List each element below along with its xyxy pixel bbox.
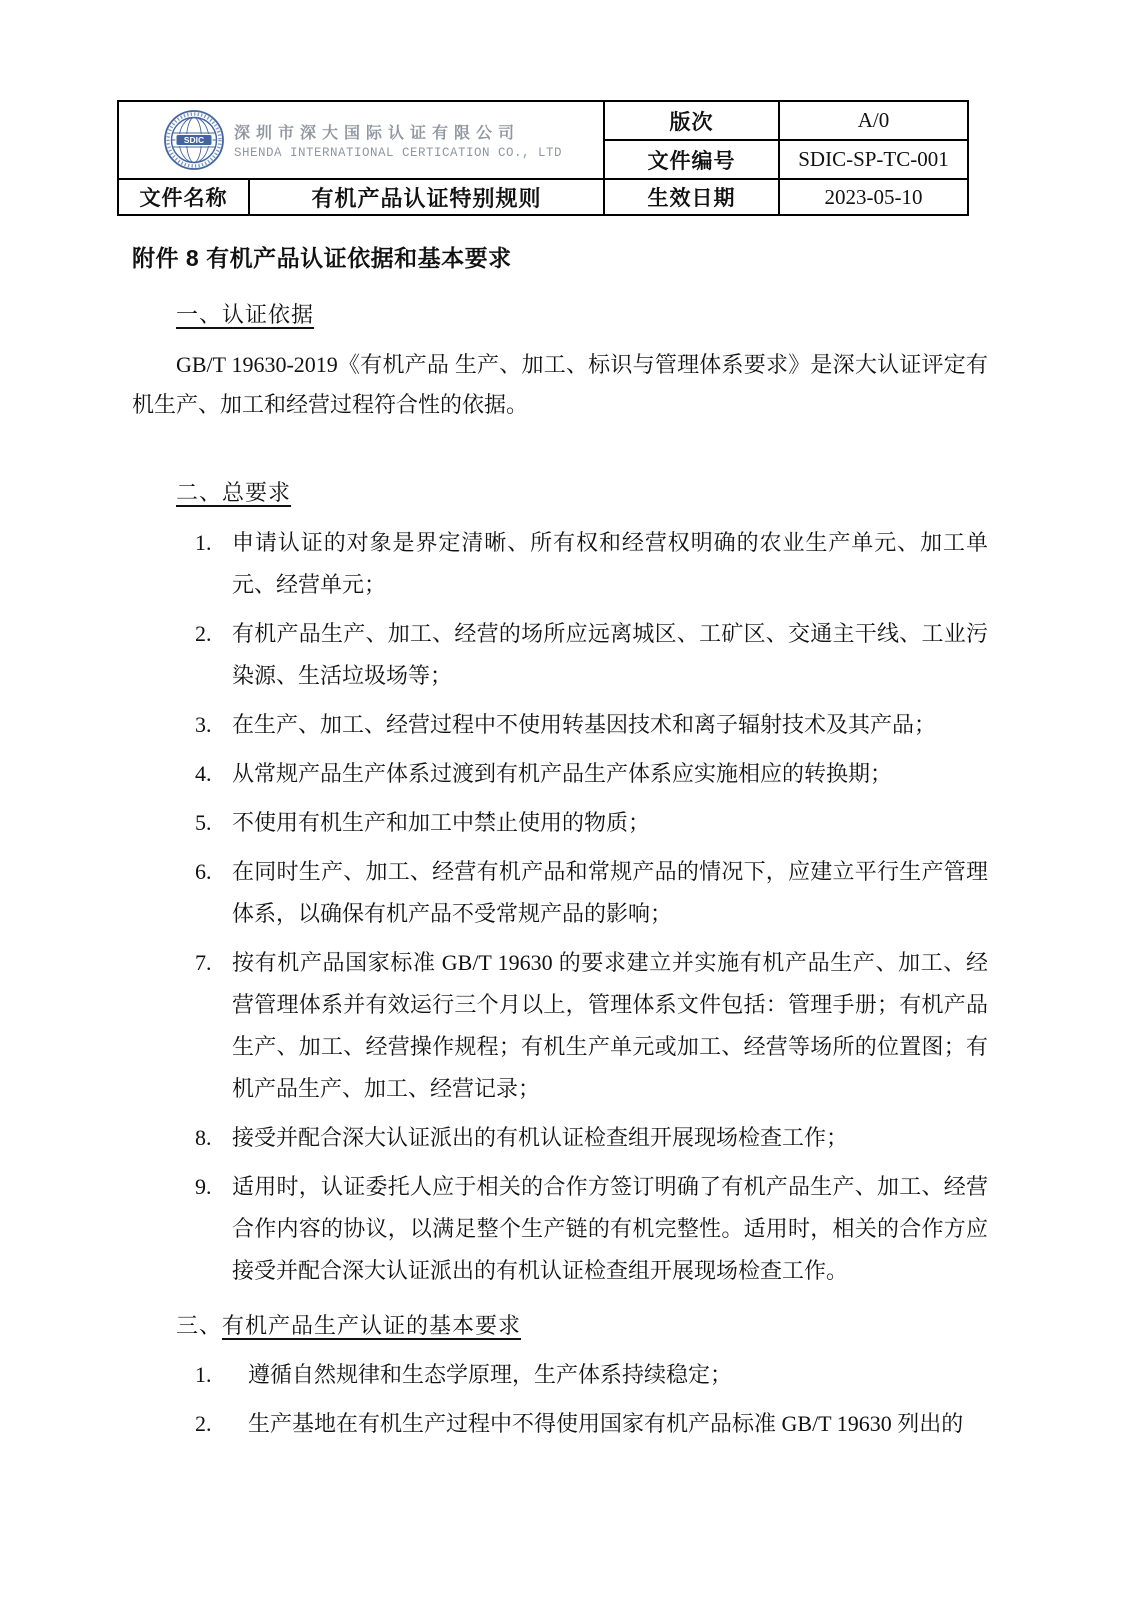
- section-heading: 一、认证依据: [176, 299, 988, 331]
- section-heading: 三、有机产品生产认证的基本要求: [176, 1310, 988, 1342]
- attachment-title: 附件 8 有机产品认证依据和基本要求: [132, 243, 988, 273]
- section-number: 二、: [176, 480, 222, 505]
- item-text: 按有机产品国家标准 GB/T 19630 的要求建立并实施有机产品生产、加工、经…: [232, 950, 988, 1101]
- company-logo-icon: SDIC: [163, 109, 225, 171]
- section-number: 三、: [176, 1313, 222, 1338]
- item-number: 6.: [195, 851, 212, 893]
- doc-name-label: 文件名称: [118, 179, 249, 215]
- section-certification-basis: 一、认证依据 GB/T 19630-2019《有机产品 生产、加工、标识与管理体…: [132, 299, 988, 425]
- item-number: 8.: [195, 1117, 212, 1159]
- item-text: 遵循自然规律和生态学原理，生产体系持续稳定；: [248, 1362, 732, 1387]
- item-text: 接受并配合深大认证派出的有机认证检查组开展现场检查工作；: [232, 1125, 848, 1150]
- document-page: SDIC 深圳市深大国际认证有限公司 SHENDA INTERNATIONAL …: [0, 0, 1131, 1600]
- section-title: 总要求: [222, 480, 291, 505]
- doc-number-label: 文件编号: [604, 140, 779, 179]
- company-name-cn: 深圳市深大国际认证有限公司: [234, 120, 562, 143]
- version-label: 版次: [604, 101, 779, 140]
- list-item: 4. 从常规产品生产体系过渡到有机产品生产体系应实施相应的转换期；: [132, 753, 988, 795]
- item-text: 不使用有机生产和加工中禁止使用的物质；: [232, 810, 650, 835]
- list-item: 8. 接受并配合深大认证派出的有机认证检查组开展现场检查工作；: [132, 1117, 988, 1159]
- item-text: 在生产、加工、经营过程中不使用转基因技术和离子辐射技术及其产品；: [232, 712, 936, 737]
- document-header-table: SDIC 深圳市深大国际认证有限公司 SHENDA INTERNATIONAL …: [117, 100, 969, 216]
- company-logo-cell: SDIC 深圳市深大国际认证有限公司 SHENDA INTERNATIONAL …: [118, 101, 604, 179]
- item-number: 2.: [195, 613, 212, 655]
- item-number: 9.: [195, 1166, 212, 1208]
- list-item: 1. 遵循自然规律和生态学原理，生产体系持续稳定；: [132, 1354, 988, 1396]
- document-body: 附件 8 有机产品认证依据和基本要求 一、认证依据 GB/T 19630-201…: [132, 243, 988, 1452]
- list-item: 1. 申请认证的对象是界定清晰、所有权和经营权明确的农业生产单元、加工单元、经营…: [132, 522, 988, 606]
- list-item: 6. 在同时生产、加工、经营有机产品和常规产品的情况下，应建立平行生产管理体系，…: [132, 851, 988, 935]
- item-number: 4.: [195, 753, 212, 795]
- list-item: 7. 按有机产品国家标准 GB/T 19630 的要求建立并实施有机产品生产、加…: [132, 942, 988, 1110]
- list-item: 5. 不使用有机生产和加工中禁止使用的物质；: [132, 802, 988, 844]
- section-title: 认证依据: [222, 302, 314, 327]
- item-number: 1.: [195, 1354, 212, 1396]
- item-text: 有机产品生产、加工、经营的场所应远离城区、工矿区、交通主干线、工业污染源、生活垃…: [232, 621, 988, 688]
- doc-name-value: 有机产品认证特别规则: [249, 179, 604, 215]
- effective-date-label: 生效日期: [604, 179, 779, 215]
- item-number: 2.: [195, 1403, 212, 1445]
- list-item: 3. 在生产、加工、经营过程中不使用转基因技术和离子辐射技术及其产品；: [132, 704, 988, 746]
- version-value: A/0: [779, 101, 968, 140]
- section-title: 有机产品生产认证的基本要求: [222, 1313, 521, 1338]
- item-text: 申请认证的对象是界定清晰、所有权和经营权明确的农业生产单元、加工单元、经营单元；: [232, 530, 988, 597]
- list-item: 2. 生产基地在有机生产过程中不得使用国家有机产品标准 GB/T 19630 列…: [132, 1403, 988, 1445]
- section-general-requirements: 二、总要求 1. 申请认证的对象是界定清晰、所有权和经营权明确的农业生产单元、加…: [132, 477, 988, 1292]
- list-item: 9. 适用时，认证委托人应于相关的合作方签订明确了有机产品生产、加工、经营合作内…: [132, 1166, 988, 1292]
- item-number: 3.: [195, 704, 212, 746]
- effective-date-value: 2023-05-10: [779, 179, 968, 215]
- item-text: 生产基地在有机生产过程中不得使用国家有机产品标准 GB/T 19630 列出的: [248, 1411, 963, 1436]
- item-text: 从常规产品生产体系过渡到有机产品生产体系应实施相应的转换期；: [232, 761, 892, 786]
- section-number: 一、: [176, 302, 222, 327]
- company-name-en: SHENDA INTERNATIONAL CERTICATION CO., LT…: [234, 146, 562, 160]
- logo-badge-text: SDIC: [184, 135, 204, 145]
- section-production-basic-requirements: 三、有机产品生产认证的基本要求 1. 遵循自然规律和生态学原理，生产体系持续稳定…: [132, 1310, 988, 1445]
- section-paragraph: GB/T 19630-2019《有机产品 生产、加工、标识与管理体系要求》是深大…: [132, 345, 988, 425]
- item-text: 在同时生产、加工、经营有机产品和常规产品的情况下，应建立平行生产管理体系，以确保…: [232, 859, 988, 926]
- item-number: 1.: [195, 522, 212, 564]
- doc-number-value: SDIC-SP-TC-001: [779, 140, 968, 179]
- list-item: 2. 有机产品生产、加工、经营的场所应远离城区、工矿区、交通主干线、工业污染源、…: [132, 613, 988, 697]
- section-heading: 二、总要求: [176, 477, 988, 509]
- item-number: 7.: [195, 942, 212, 984]
- item-number: 5.: [195, 802, 212, 844]
- item-text: 适用时，认证委托人应于相关的合作方签订明确了有机产品生产、加工、经营合作内容的协…: [232, 1174, 988, 1283]
